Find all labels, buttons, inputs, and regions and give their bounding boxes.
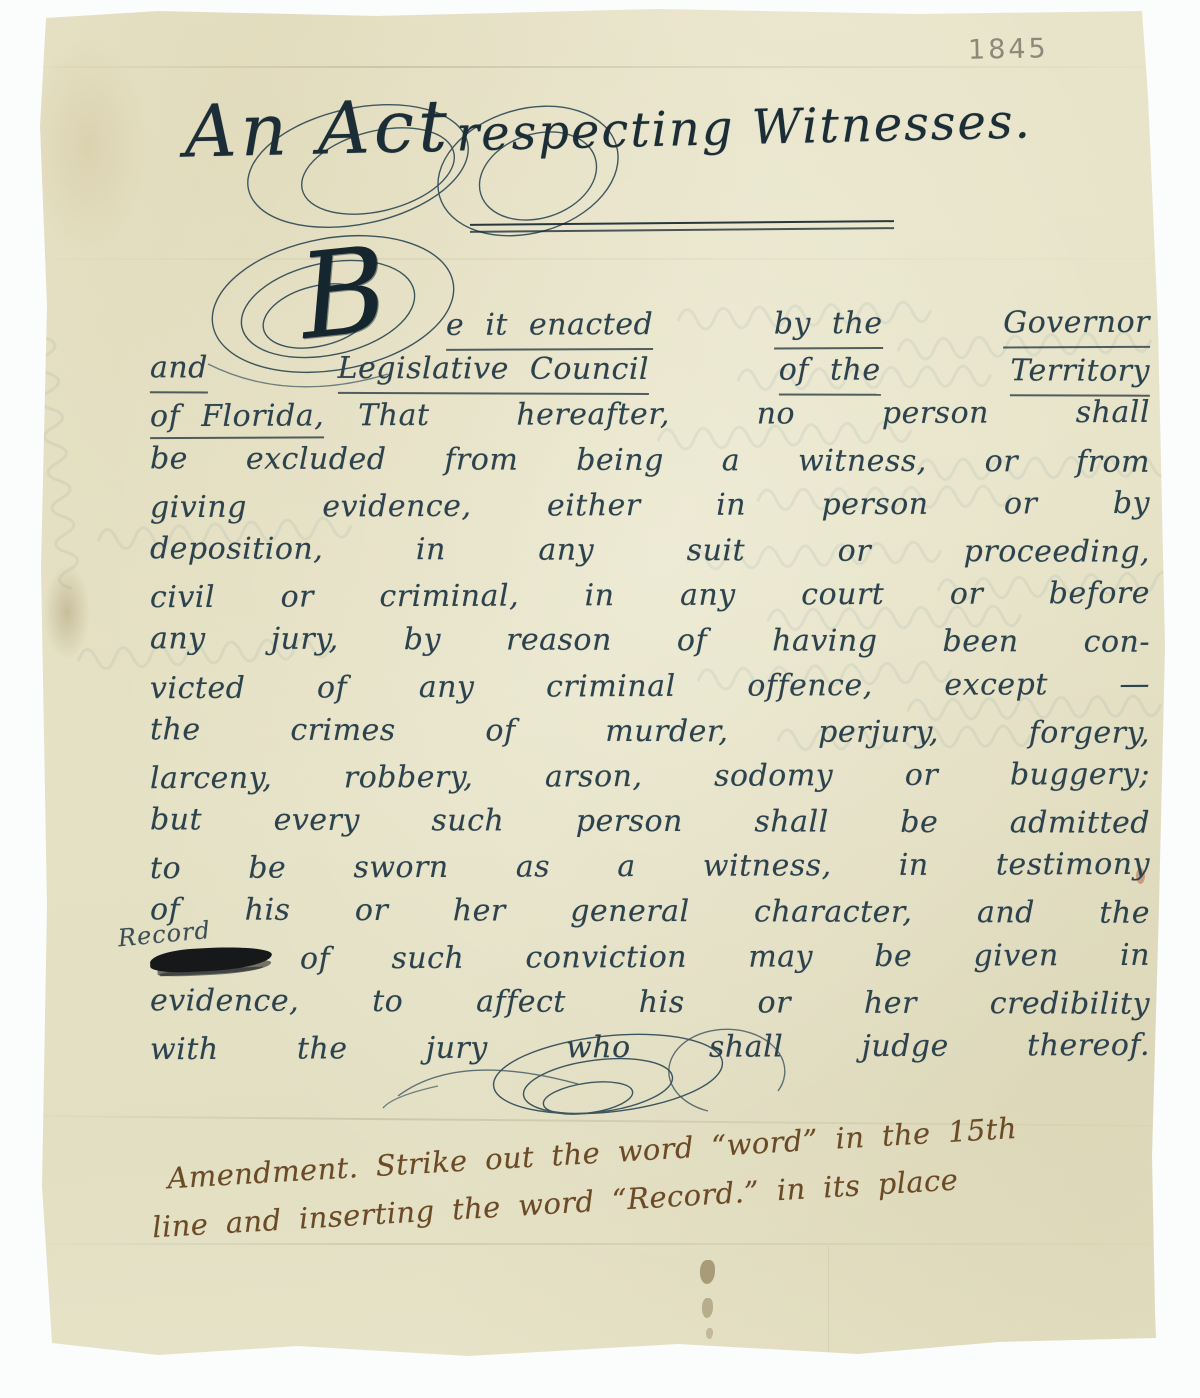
body-line: larceny, robbery, arson, sodomy or bugge… (150, 752, 1150, 802)
enacting-line-3: of Florida, That hereafter, no person sh… (150, 390, 1150, 440)
manuscript-scan-page: { "scan": { "pencil_year_note": "1845", … (0, 0, 1200, 1398)
enacting-phrase: Legislative Council (338, 346, 650, 395)
body-line: civil or criminal, in any court or befor… (150, 571, 1150, 621)
enacting-phrase: of the (779, 348, 881, 397)
amendment-note: Amendment. Strike out the word “word” in… (166, 1103, 1159, 1244)
body-line: giving evidence, either in person or by (150, 481, 1150, 531)
act-title: An Act respecting Witnesses. (107, 69, 1109, 176)
enacting-line-1: e it enacted by the Governor (150, 300, 1150, 350)
enacting-phrase: e it enacted (446, 302, 653, 351)
enacting-phrase: Governor (1003, 300, 1150, 349)
enacting-phrase: by the (774, 301, 883, 350)
body-line-with-correction: Record of such conviction may be given i… (150, 932, 1150, 982)
body-line: victed of any criminal offence, except — (150, 661, 1150, 711)
enacting-line-2: and Legislative Council of the Territory (150, 345, 1150, 394)
paper-crease-vertical (828, 1246, 829, 1356)
body-line: to be sworn as a witness, in testimony (150, 842, 1150, 892)
body-line: but every such person shall be admitted (150, 797, 1150, 846)
enacting-phrase: of Florida, (150, 394, 324, 440)
enacting-phrase: and (150, 345, 208, 393)
body-line: of his or her general character, and the (150, 888, 1150, 937)
body-line: with the jury who shall judge thereof. (150, 1023, 1150, 1073)
body-line: the crimes of murder, perjury, forgery, (150, 707, 1150, 756)
paper-sheet: 1845 An Act respecting Witnesses. B e it… (38, 6, 1168, 1358)
act-body-text: e it enacted by the Governor and Legisla… (150, 302, 1150, 1070)
body-line: be excluded from being a witness, or fro… (150, 436, 1150, 485)
title-double-rule (470, 220, 894, 233)
body-line: deposition, in any suit or proceeding, (150, 526, 1150, 575)
pencil-year-note: 1845 (968, 33, 1049, 65)
body-line: any jury, by reason of having been con- (150, 617, 1150, 666)
stain-mark (44, 564, 90, 660)
act-title-opening: An Act (184, 84, 452, 174)
paper-crease (38, 1243, 1168, 1245)
body-line: That hereafter, no person shall (358, 390, 1150, 439)
paper-crease (38, 66, 1168, 68)
body-line: evidence, to affect his or her credibili… (150, 978, 1150, 1027)
paper-crease (38, 258, 1168, 260)
body-line: of such conviction may be given in (272, 932, 1150, 981)
act-title-subject: respecting Witnesses. (456, 93, 1033, 162)
